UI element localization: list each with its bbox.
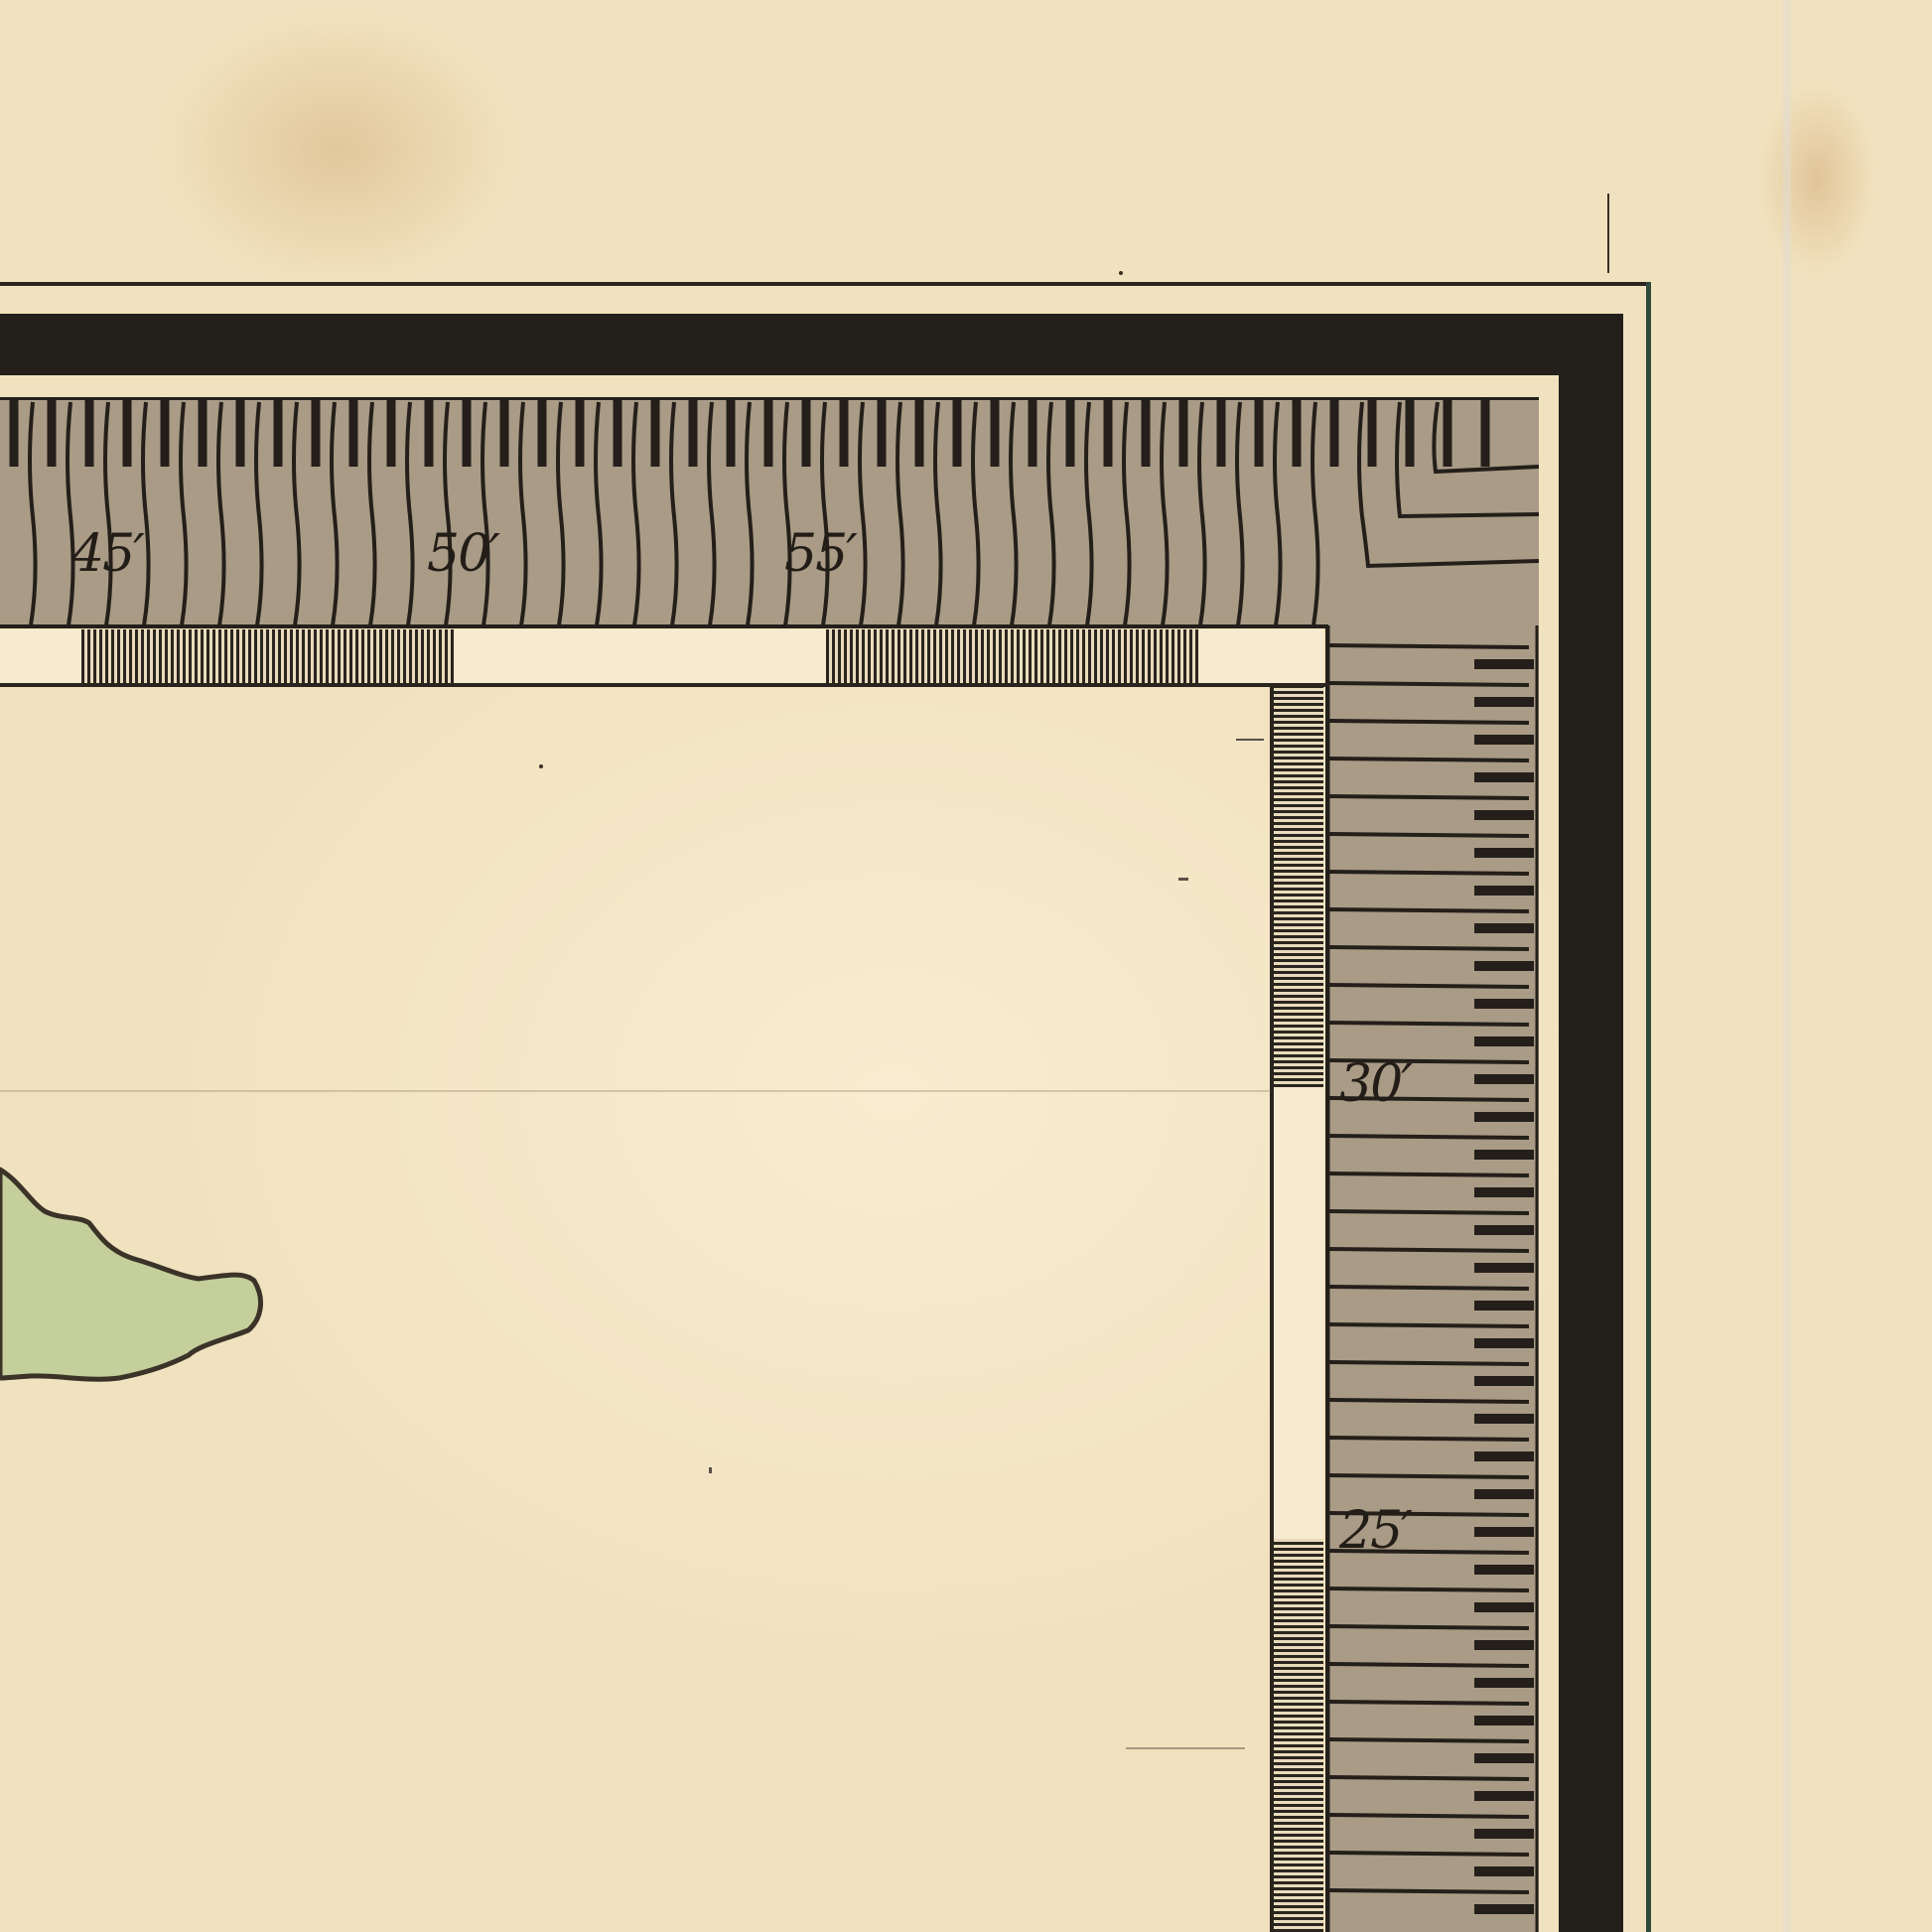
ink-speck [1178, 878, 1188, 881]
paper-fold-line [1783, 0, 1791, 1932]
thick-frame-right [1559, 314, 1623, 1932]
checker-right-blank-1 [1274, 1087, 1323, 1539]
checker-right-filled-2 [1274, 1539, 1323, 1932]
paper-background [0, 0, 1932, 1932]
right-scale-ticks [1325, 625, 1539, 1932]
ink-speck [539, 764, 543, 768]
checker-top-border [0, 683, 1328, 687]
checker-top-filled-2 [826, 629, 1198, 683]
outer-rule-right [1646, 282, 1651, 1932]
ink-speck [709, 1467, 712, 1473]
top-scale-ticks [0, 397, 1539, 628]
checker-top-blank-1 [0, 629, 81, 683]
top-scale-label-50: 50′ [427, 524, 498, 584]
checker-right-filled-1 [1274, 685, 1323, 1087]
ink-speck [1236, 739, 1264, 741]
ink-speck [1126, 1747, 1245, 1749]
right-scale-label-25: 25′ [1339, 1501, 1411, 1561]
checker-top-blank-3 [1198, 629, 1323, 683]
right-scale-label-30: 30′ [1339, 1054, 1411, 1114]
crop-mark-top [1607, 194, 1609, 273]
island-coastline [0, 1170, 261, 1379]
thick-frame-top [0, 314, 1623, 375]
top-scale-label-55: 55′ [784, 524, 856, 584]
right-degree-scale: 30′ 25′ [1325, 625, 1539, 1932]
top-scale-label-45: 45′ [71, 524, 143, 584]
island-landmass [0, 1142, 298, 1400]
crop-mark-dot [1119, 271, 1123, 275]
checker-top-blank-2 [454, 629, 826, 683]
top-degree-scale: 45′ 50′ 55′ [0, 397, 1539, 628]
checker-top-filled-1 [81, 629, 454, 683]
graticule-line-horizontal [0, 1090, 1271, 1092]
outer-rule-top [0, 282, 1650, 286]
